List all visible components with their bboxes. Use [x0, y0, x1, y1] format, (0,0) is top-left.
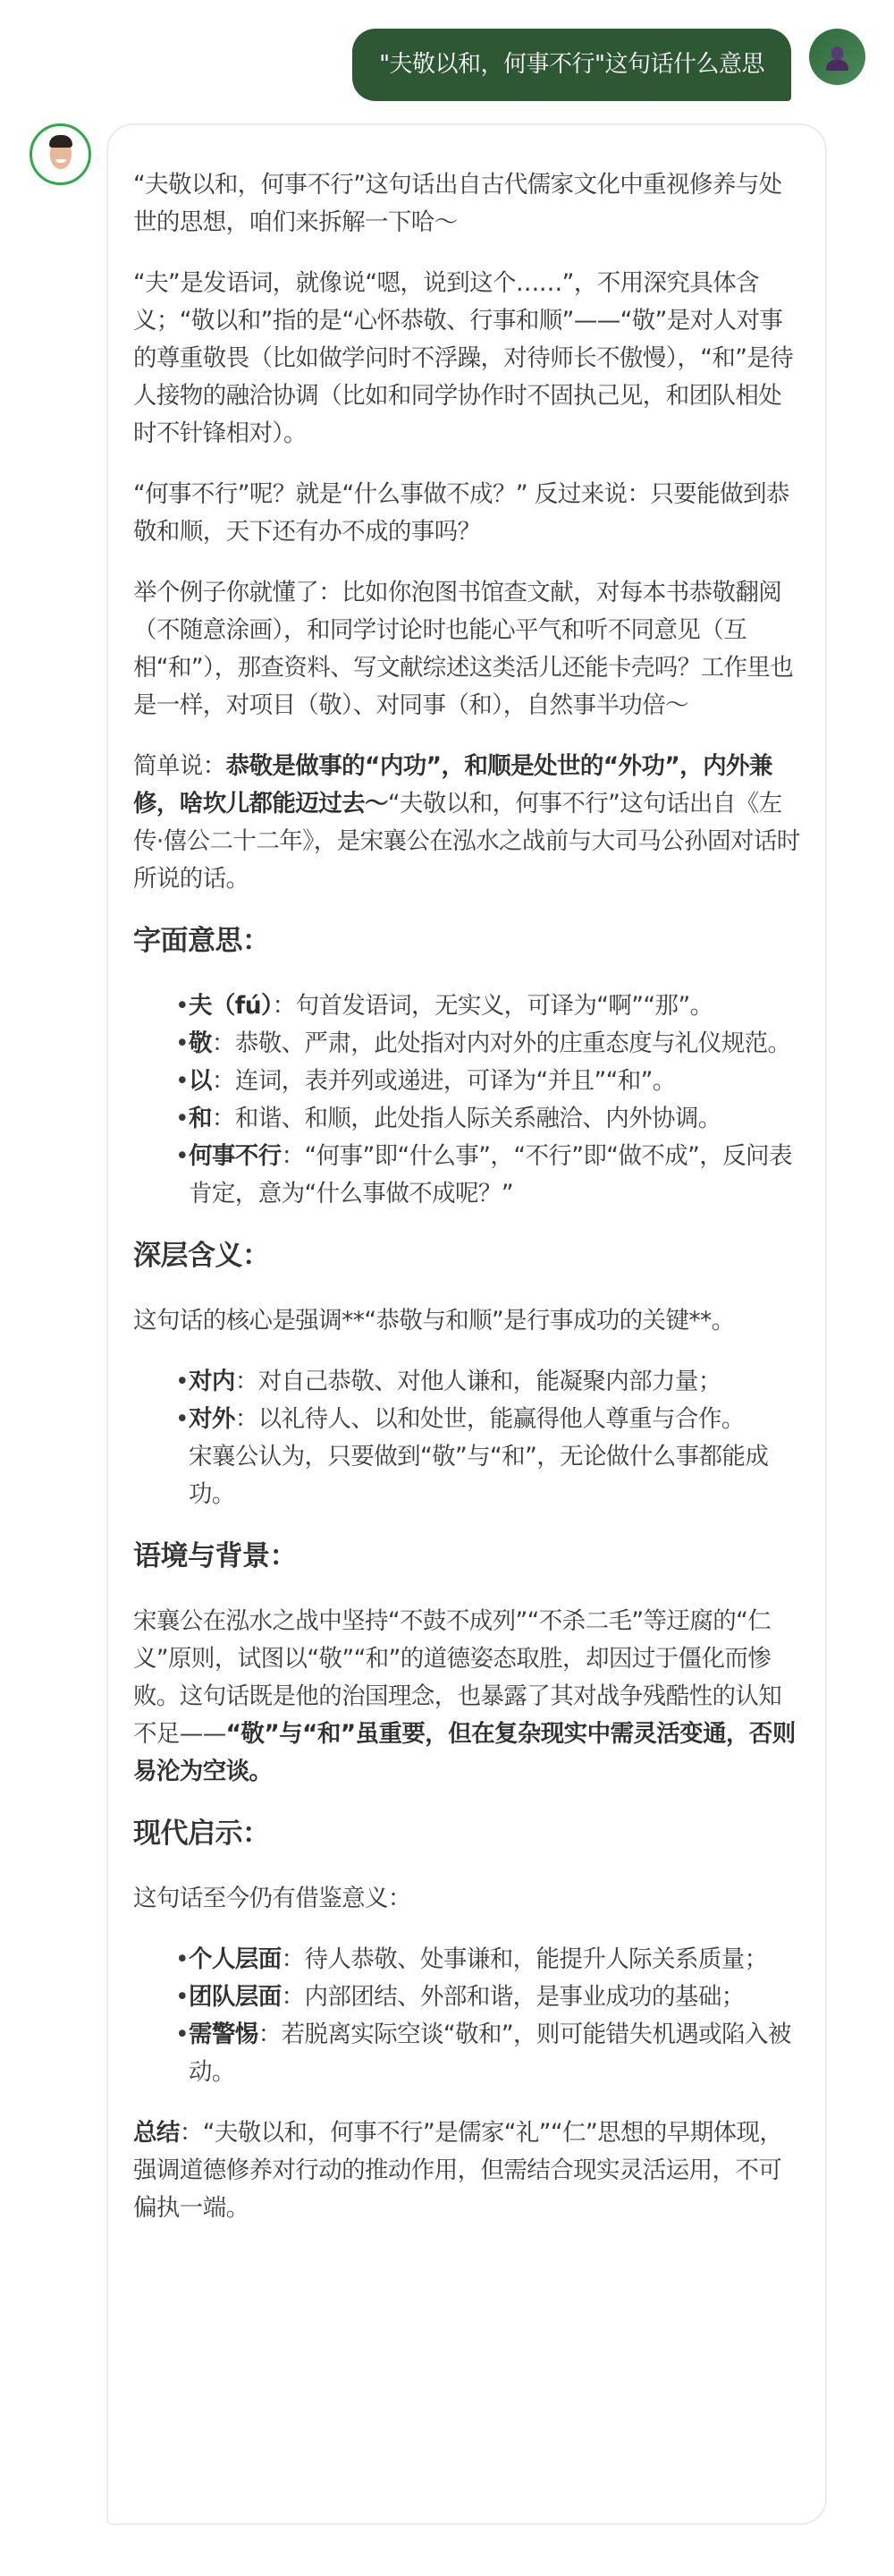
- definition: 以礼待人、以和处世，能赢得他人尊重与合作。: [258, 1405, 745, 1433]
- literal-heading: 字面意思：: [133, 921, 800, 961]
- definition: 和谐、和顺，此处指人际关系融洽、内外协调。: [235, 1105, 721, 1132]
- conclusion-term: 总结: [133, 2119, 180, 2147]
- list-item: 敬：恭敬、严肃，此处指对内对外的庄重态度与礼仪规范。: [189, 1025, 800, 1063]
- term: 夫（fú）: [189, 992, 273, 1020]
- term: 团队层面: [189, 1983, 282, 2011]
- fu-paragraph: “夫”是发语词，就像说“嗯，说到这个……”，不用深究具体含义；“敬以和”指的是“…: [133, 265, 800, 453]
- list-item: 以：连词，表并列或递进，可译为“并且”“和”。: [189, 1063, 800, 1100]
- sep: ：: [212, 1030, 235, 1057]
- deep-note: 宋襄公认为，只要做到“敬”与“和”，无论做什么事都能成功。: [133, 1438, 800, 1513]
- sep: ：: [282, 1142, 305, 1170]
- definition: 对自己恭敬、对他人谦和，能凝聚内部力量；: [258, 1368, 721, 1395]
- conclusion-sep: ：: [180, 2119, 203, 2147]
- assistant-message-card: “夫敬以和，何事不行”这句话出自古代儒家文化中重视修养与处世的思想，咱们来拆解一…: [106, 123, 827, 2525]
- term: 对内: [189, 1368, 235, 1395]
- context-bold: “敬”与“和”虽重要，但在复杂现实中需灵活变通，否则易沦为空谈。: [133, 1720, 796, 1785]
- term: 和: [189, 1105, 212, 1132]
- user-message-row: "夫敬以和，何事不行"这句话什么意思: [352, 29, 865, 101]
- definition: 句首发语词，无实义，可译为“啊”“那”。: [296, 992, 713, 1020]
- list-item: 何事不行：“何事”即“什么事”，“不行”即“做不成”，反问表肯定，意为“什么事做…: [189, 1138, 800, 1213]
- deep-heading: 深层含义：: [133, 1236, 800, 1275]
- list-item: 夫（fú）：句首发语词，无实义，可译为“啊”“那”。: [189, 987, 800, 1025]
- conclusion-text: “夫敬以和，何事不行”是儒家“礼”“仁”思想的早期体现，强调道德修养对行动的推动…: [133, 2119, 782, 2222]
- modern-intro: 这句话至今仍有借鉴意义：: [133, 1880, 800, 1918]
- deep-intro: 这句话的核心是强调**“恭敬与和顺”是行事成功的关键**。: [133, 1302, 800, 1340]
- sep: ：: [235, 1368, 258, 1395]
- list-item: 团队层面：内部团结、外部和谐，是事业成功的基础；: [189, 1979, 800, 2016]
- definition: 恭敬、严肃，此处指对内对外的庄重态度与礼仪规范。: [235, 1030, 791, 1057]
- list-item: 对内：对自己恭敬、对他人谦和，能凝聚内部力量；: [189, 1363, 800, 1401]
- definition: 连词，表并列或递进，可译为“并且”“和”。: [235, 1067, 676, 1095]
- term: 对外: [189, 1405, 235, 1433]
- user-silhouette-body: [826, 60, 848, 71]
- list-item: 需警惕：若脱离实际空谈“敬和”，则可能错失机遇或陷入被动。: [189, 2016, 800, 2091]
- assistant-avatar[interactable]: [30, 123, 91, 185]
- definition: 待人恭敬、处事谦和，能提升人际关系质量；: [305, 1945, 768, 1973]
- literal-list: 夫（fú）：句首发语词，无实义，可译为“啊”“那”。 敬：恭敬、严肃，此处指对内…: [133, 987, 800, 1213]
- term: 敬: [189, 1030, 212, 1057]
- list-item: 个人层面：待人恭敬、处事谦和，能提升人际关系质量；: [189, 1941, 800, 1979]
- sep: ：: [258, 2021, 282, 2048]
- term: 个人层面: [189, 1945, 282, 1973]
- modern-heading: 现代启示：: [133, 1814, 800, 1853]
- avatar-hair: [49, 135, 72, 148]
- user-avatar-icon[interactable]: [809, 29, 865, 85]
- example-paragraph: 举个例子你就懂了：比如你泡图书馆查文献，对每本书恭敬翻阅（不随意涂画），和同学讨…: [133, 574, 800, 724]
- summary-prefix: 简单说：: [133, 752, 226, 780]
- modern-list: 个人层面：待人恭敬、处事谦和，能提升人际关系质量； 团队层面：内部团结、外部和谐…: [133, 1941, 800, 2091]
- sep: ：: [212, 1067, 235, 1095]
- user-message-bubble: "夫敬以和，何事不行"这句话什么意思: [352, 29, 791, 101]
- sep: ：: [235, 1405, 258, 1433]
- term: 需警惕: [189, 2021, 258, 2048]
- term: 以: [189, 1067, 212, 1095]
- definition: 内部团结、外部和谐，是事业成功的基础；: [305, 1983, 745, 2011]
- list-item: 和：和谐、和顺，此处指人际关系融洽、内外协调。: [189, 1100, 800, 1138]
- term: 何事不行: [189, 1142, 282, 1170]
- user-silhouette-head: [831, 47, 843, 60]
- summary-paragraph: 简单说：恭敬是做事的“内功”，和顺是处世的“外功”，内外兼修，啥坎儿都能迈过去～…: [133, 748, 800, 898]
- context-paragraph: 宋襄公在泓水之战中坚持“不鼓不成列”“不杀二毛”等迂腐的“仁义”原则，试图以“敬…: [133, 1603, 800, 1791]
- sep: ：: [282, 1945, 305, 1973]
- intro-paragraph: “夫敬以和，何事不行”这句话出自古代儒家文化中重视修养与处世的思想，咱们来拆解一…: [133, 166, 800, 241]
- sep: ：: [273, 992, 296, 1020]
- context-heading: 语境与背景：: [133, 1537, 800, 1576]
- list-item: 对外：以礼待人、以和处世，能赢得他人尊重与合作。: [189, 1401, 800, 1438]
- conclusion-paragraph: 总结：“夫敬以和，何事不行”是儒家“礼”“仁”思想的早期体现，强调道德修养对行动…: [133, 2114, 800, 2227]
- sep: ：: [212, 1105, 235, 1132]
- heshi-paragraph: “何事不行”呢？就是“什么事做不成？” 反过来说：只要能做到恭敬和顺，天下还有办…: [133, 476, 800, 551]
- sep: ：: [282, 1983, 305, 2011]
- deep-list: 对内：对自己恭敬、对他人谦和，能凝聚内部力量； 对外：以礼待人、以和处世，能赢得…: [133, 1363, 800, 1438]
